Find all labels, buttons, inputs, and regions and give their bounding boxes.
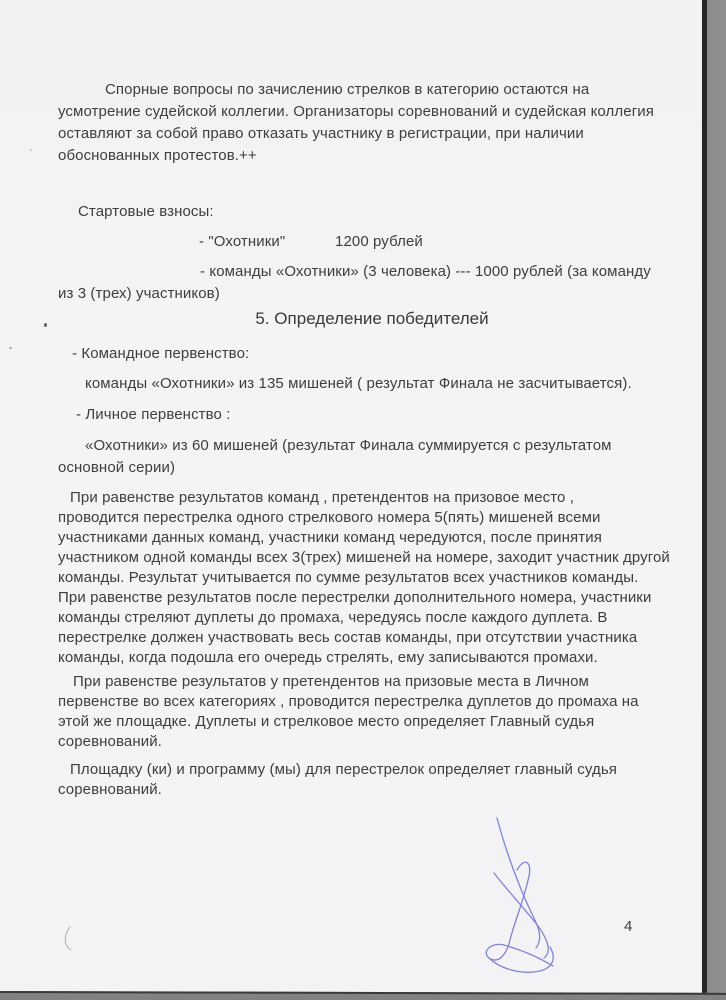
scan-speck — [30, 149, 32, 151]
scan-speck — [44, 323, 47, 327]
scanned-document: Спорные вопросы по зачислению стрелков в… — [0, 0, 726, 1000]
scanner-edge-right — [702, 0, 726, 1000]
page-number: 4 — [624, 918, 632, 935]
signature-ink — [0, 0, 726, 1000]
scanner-edge-bottom — [0, 991, 726, 1000]
scan-speck — [9, 347, 12, 349]
pen-tick-mark — [65, 927, 71, 950]
